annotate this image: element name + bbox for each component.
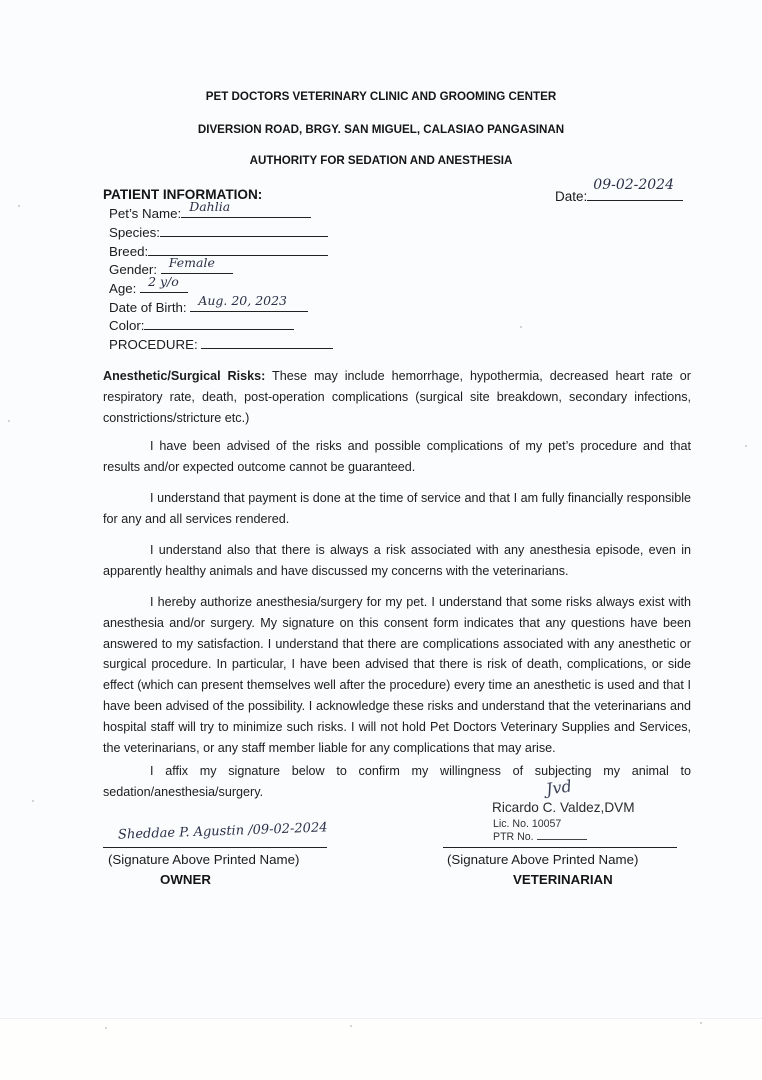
breed-field: Breed: bbox=[109, 243, 328, 259]
consent-paragraph-4: I hereby authorize anesthesia/surgery fo… bbox=[103, 592, 691, 758]
scan-speck bbox=[700, 1022, 702, 1024]
veterinarian-license: Lic. No. 10057 bbox=[493, 818, 561, 830]
consent-paragraph-5: I affix my signature below to confirm my… bbox=[103, 761, 691, 803]
consent-paragraph-3: I understand also that there is always a… bbox=[103, 540, 691, 582]
color-label: Color: bbox=[109, 318, 144, 333]
clinic-name: PET DOCTORS VETERINARY CLINIC AND GROOMI… bbox=[0, 90, 762, 103]
scan-speck bbox=[18, 205, 20, 207]
scan-speck bbox=[105, 1027, 107, 1029]
pet-name-field: Pet’s Name:Dahlia bbox=[109, 205, 311, 221]
scanner-bed-edge bbox=[0, 1018, 762, 1080]
gender-value: Female bbox=[169, 255, 215, 270]
age-field: Age: 2 y/o bbox=[109, 280, 188, 296]
consent-paragraph-2: I understand that payment is done at the… bbox=[103, 488, 691, 530]
owner-signature-caption: (Signature Above Printed Name) bbox=[108, 852, 299, 867]
pet-name-value: Dahlia bbox=[189, 199, 230, 214]
procedure-label: PROCEDURE: bbox=[109, 337, 198, 352]
patient-info-heading: PATIENT INFORMATION: bbox=[103, 187, 262, 202]
color-field: Color: bbox=[109, 317, 294, 333]
veterinarian-name-stamp: Ricardo C. Valdez,DVM bbox=[492, 800, 635, 815]
scan-speck bbox=[350, 1025, 352, 1027]
scan-speck bbox=[32, 800, 34, 802]
age-value: 2 y/o bbox=[148, 274, 179, 289]
ptr-label: PTR No. bbox=[493, 831, 534, 843]
pet-name-label: Pet’s Name: bbox=[109, 206, 181, 221]
veterinarian-signature: Jvd bbox=[545, 776, 573, 798]
consent-paragraph-1: I have been advised of the risks and pos… bbox=[103, 436, 691, 478]
pet-name-line[interactable]: Dahlia bbox=[181, 205, 311, 218]
owner-role-label: OWNER bbox=[160, 872, 211, 887]
risks-paragraph: Anesthetic/Surgical Risks: These may inc… bbox=[103, 366, 691, 428]
ptr-line[interactable] bbox=[537, 830, 587, 840]
date-of-birth-field: Date of Birth: Aug. 20, 2023 bbox=[109, 299, 308, 315]
date-line[interactable]: 09-02-2024 bbox=[587, 186, 683, 201]
form-title: AUTHORITY FOR SEDATION AND ANESTHESIA bbox=[0, 154, 762, 167]
date-of-birth-line[interactable]: Aug. 20, 2023 bbox=[190, 299, 308, 312]
procedure-field: PROCEDURE: bbox=[109, 336, 333, 352]
species-field: Species: bbox=[109, 224, 328, 240]
date-value: 09-02-2024 bbox=[593, 177, 674, 193]
date-of-birth-label: Date of Birth: bbox=[109, 300, 187, 315]
owner-signature-line[interactable] bbox=[103, 847, 327, 848]
age-label: Age: bbox=[109, 281, 136, 296]
veterinarian-role-label: VETERINARIAN bbox=[513, 872, 613, 887]
scan-speck bbox=[745, 445, 747, 447]
veterinarian-signature-caption: (Signature Above Printed Name) bbox=[447, 852, 638, 867]
risks-label: Anesthetic/Surgical Risks: bbox=[103, 369, 265, 383]
scan-speck bbox=[8, 420, 10, 422]
species-label: Species: bbox=[109, 225, 160, 240]
procedure-line[interactable] bbox=[201, 336, 333, 349]
date-of-birth-value: Aug. 20, 2023 bbox=[198, 293, 287, 308]
date-label: Date: bbox=[555, 189, 587, 204]
date-field: Date:09-02-2024 bbox=[555, 186, 683, 204]
gender-line[interactable]: Female bbox=[161, 261, 233, 274]
age-line[interactable]: 2 y/o bbox=[140, 280, 188, 293]
scan-speck bbox=[520, 326, 522, 328]
color-line[interactable] bbox=[144, 317, 294, 330]
species-line[interactable] bbox=[160, 224, 328, 237]
veterinarian-ptr: PTR No. bbox=[493, 830, 587, 843]
breed-label: Breed: bbox=[109, 244, 148, 259]
veterinarian-signature-line[interactable] bbox=[443, 847, 677, 848]
clinic-address: DIVERSION ROAD, BRGY. SAN MIGUEL, CALASI… bbox=[0, 123, 762, 136]
